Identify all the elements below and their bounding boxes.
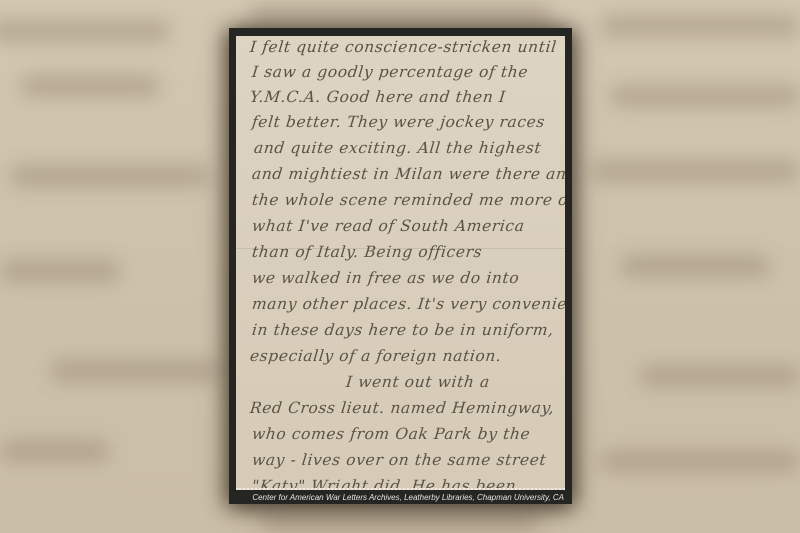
letter-line: "Katy" Wright did. He has been bbox=[251, 477, 517, 490]
letter-page: I felt quite conscience-stricken until I… bbox=[236, 36, 565, 490]
letter-line: the whole scene reminded me more of bbox=[251, 191, 565, 209]
letter-line: Red Cross lieut. named Hemingway, bbox=[249, 399, 555, 417]
letter-line: way - lives over on the same street bbox=[251, 451, 547, 469]
letter-frame: I felt quite conscience-stricken until I… bbox=[229, 28, 572, 504]
letter-line: especially of a foreign nation. bbox=[249, 347, 502, 365]
letter-line: than of Italy. Being officers bbox=[251, 243, 483, 261]
letter-line: we walked in free as we do into bbox=[251, 269, 520, 287]
letter-line: and quite exciting. All the highest bbox=[253, 139, 542, 157]
letter-line: I went out with a bbox=[345, 373, 491, 391]
letter-line: in these days here to be in uniform, bbox=[251, 321, 555, 339]
letter-line: who comes from Oak Park by the bbox=[251, 425, 531, 443]
letter-line: and mightiest in Milan were there and bbox=[251, 165, 565, 183]
letter-line: many other places. It's very convenient bbox=[251, 295, 565, 313]
letter-line: Y.M.C.A. Good here and then I bbox=[249, 88, 507, 106]
letter-line: what I've read of South America bbox=[251, 217, 525, 235]
letter-line: felt better. They were jockey races bbox=[251, 113, 546, 131]
archive-credit-caption: Center for American War Letters Archives… bbox=[252, 493, 564, 502]
letter-line: I felt quite conscience-stricken until bbox=[249, 38, 558, 56]
letter-line: I saw a goodly percentage of the bbox=[251, 63, 529, 81]
